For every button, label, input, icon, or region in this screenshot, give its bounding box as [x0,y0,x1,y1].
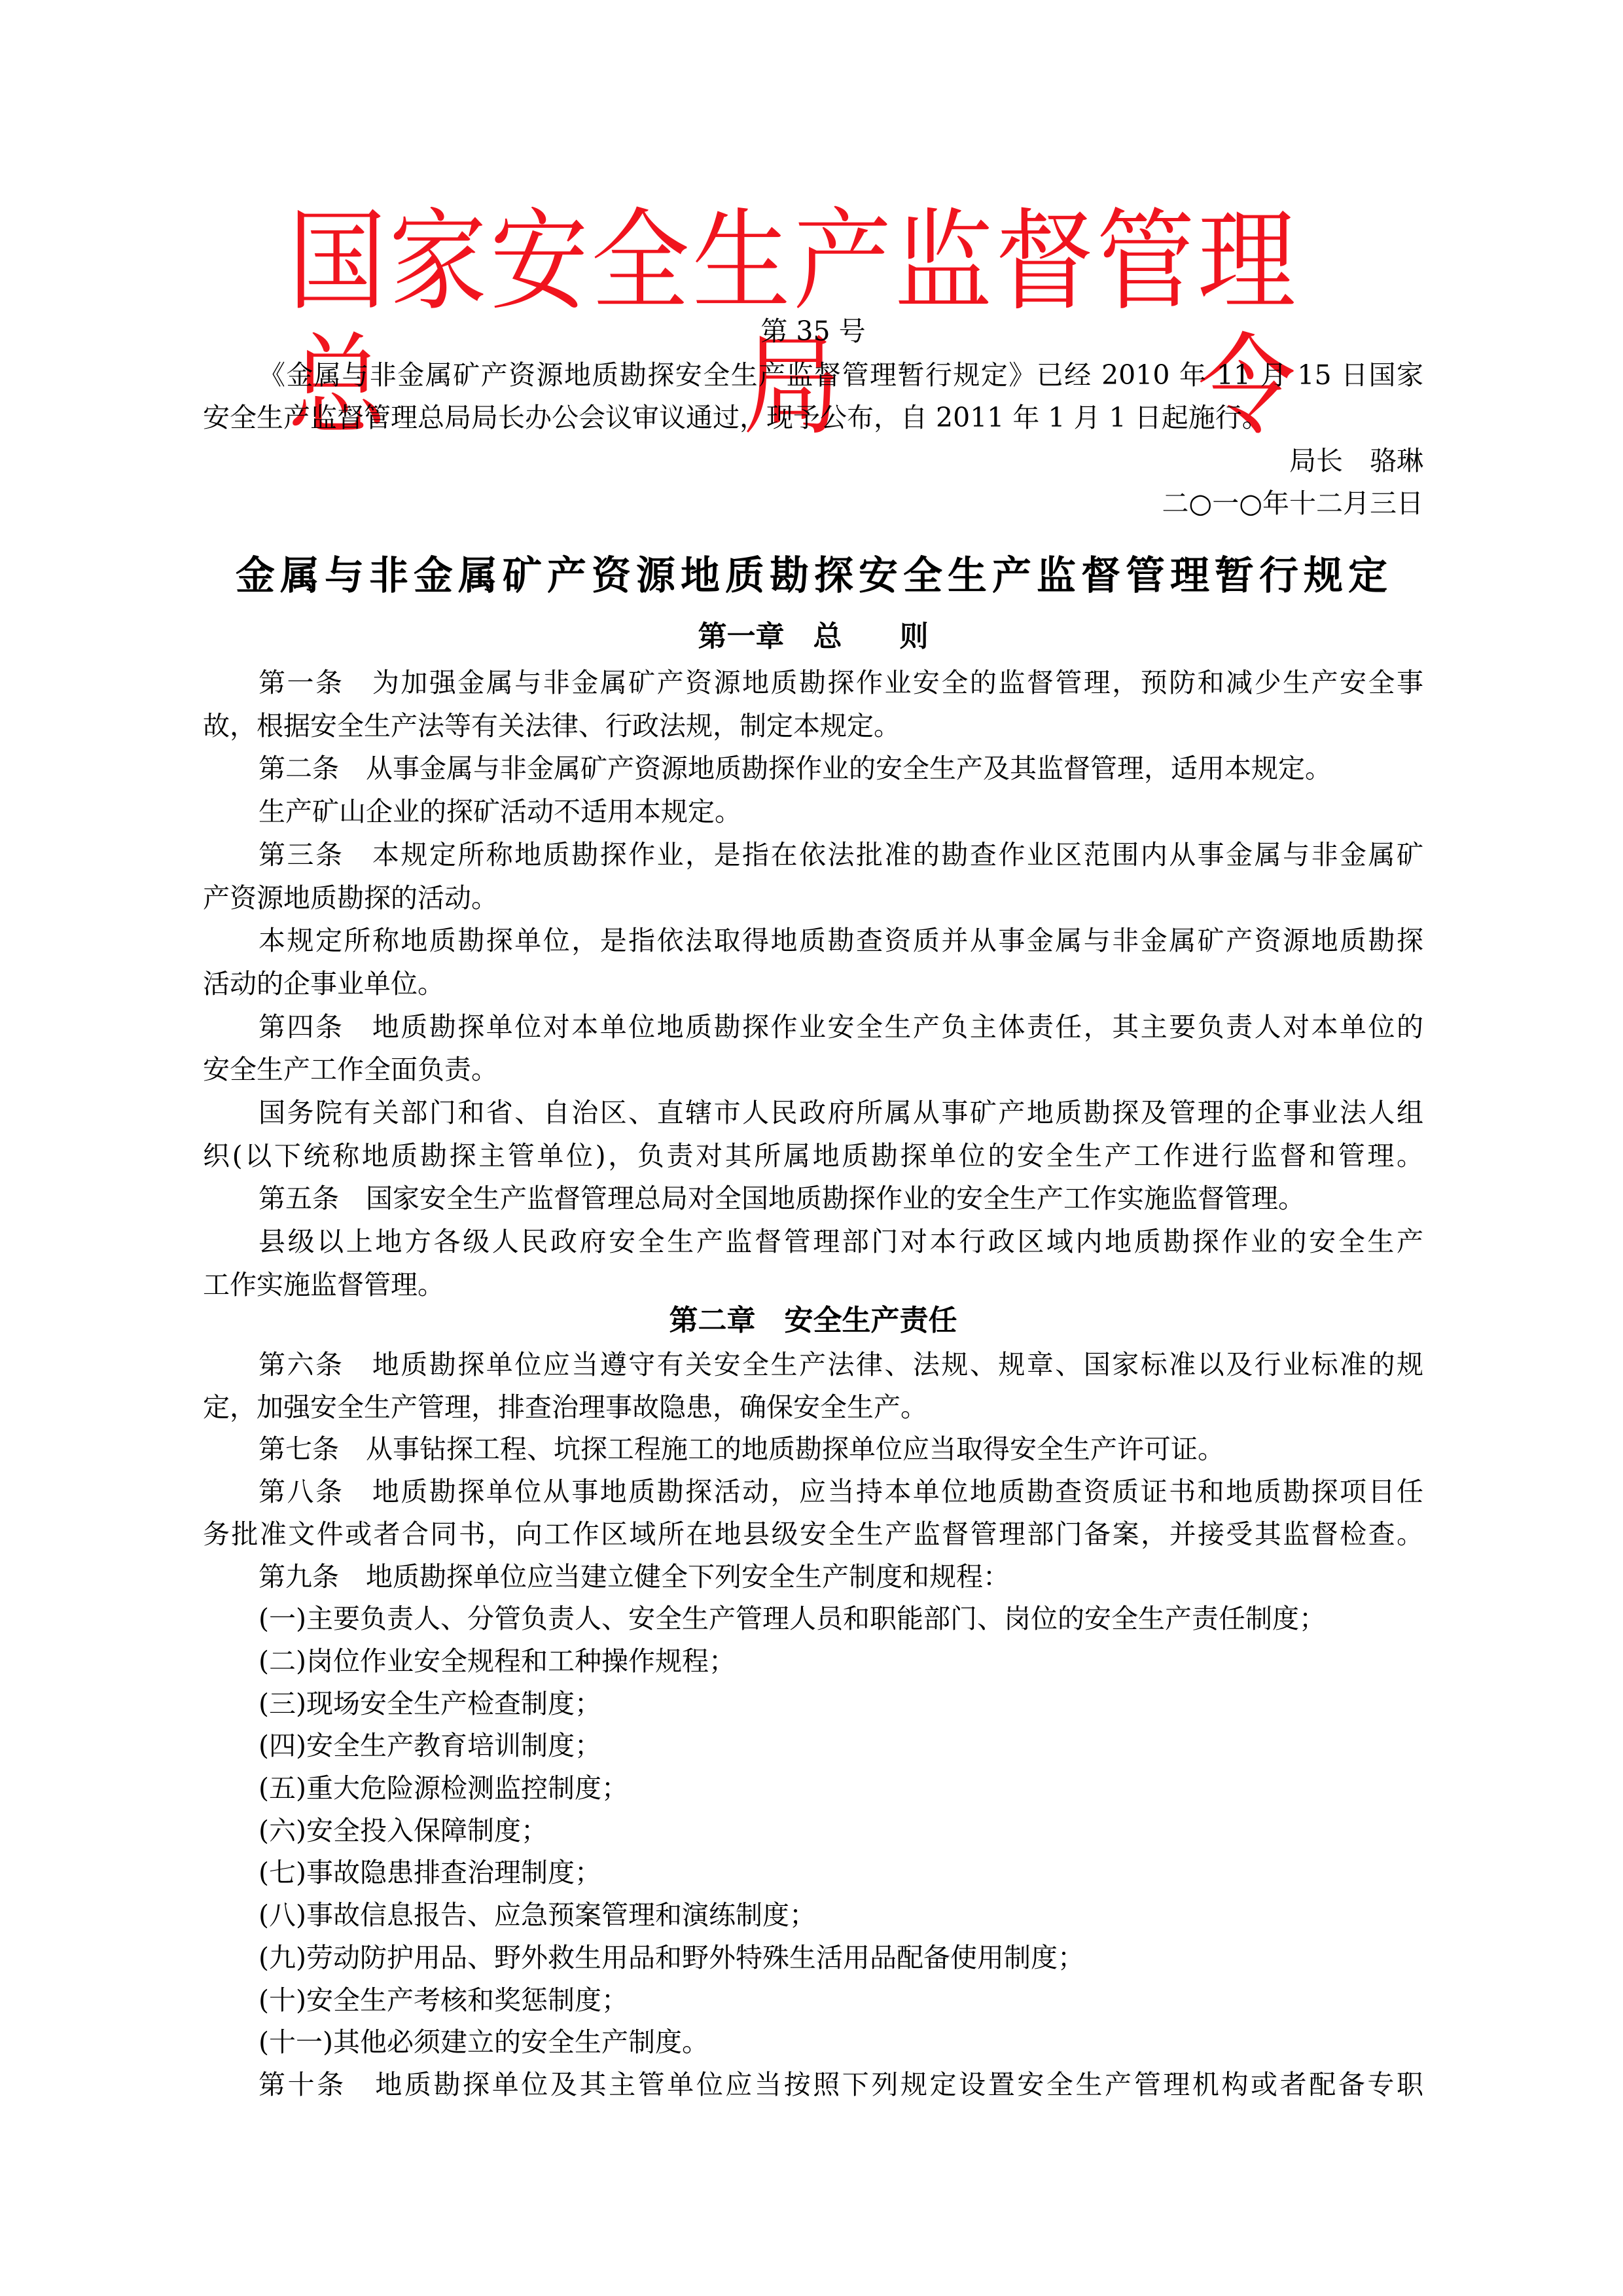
paragraph-line: 第七条 从事钻探工程、坑探工程施工的地质勘探单位应当取得安全生产许可证。 [259,1431,1423,1467]
paragraph-line: 生产矿山企业的探矿活动不适用本规定。 [259,793,1423,830]
list-item: (三)现场安全生产检查制度； [259,1685,1423,1722]
list-item: (七)事故隐患排查治理制度； [259,1854,1423,1891]
paragraph-line: 第十条 地质勘探单位及其主管单位应当按照下列规定设置安全生产管理机构或者配备专职 [259,2066,1423,2103]
signature: 局长 骆琳 [203,442,1423,479]
list-item: (五)重大危险源检测监控制度； [259,1770,1423,1806]
paragraph-line: 定，加强安全生产管理，排查治理事故隐患，确保安全生产。 [203,1389,1423,1426]
list-item: (二)岗位作业安全规程和工种操作规程； [259,1643,1423,1679]
paragraph-line: 第二条 从事金属与非金属矿产资源地质勘探作业的安全生产及其监督管理，适用本规定。 [259,750,1423,787]
promulgation-line: 《金属与非金属矿产资源地质勘探安全生产监督管理暂行规定》已经 2010 年 11… [259,357,1423,393]
paragraph-line: 第四条 地质勘探单位对本单位地质勘探作业安全生产负主体责任，其主要负责人对本单位… [259,1009,1423,1045]
paragraph-line: 产资源地质勘探的活动。 [203,880,1423,916]
issue-date: 二○一○年十二月三日 [203,485,1423,522]
paragraph-line: 第八条 地质勘探单位从事地质勘探活动，应当持本单位地质勘查资质证书和地质勘探项目… [259,1473,1423,1510]
paragraph-line: 第六条 地质勘探单位应当遵守有关安全生产法律、法规、规章、国家标准以及行业标准的… [259,1346,1423,1383]
list-item: (六)安全投入保障制度； [259,1812,1423,1849]
paragraph-line: 本规定所称地质勘探单位，是指依法取得地质勘查资质并从事金属与非金属矿产资源地质勘… [259,922,1423,959]
paragraph-line: 第一条 为加强金属与非金属矿产资源地质勘探作业安全的监督管理，预防和减少生产安全… [259,664,1423,701]
list-item: (一)主要负责人、分管负责人、安全生产管理人员和职能部门、岗位的安全生产责任制度… [259,1600,1423,1637]
promulgation-line: 安全生产监督管理总局局长办公会议审议通过，现予公布，自 2011 年 1 月 1… [203,399,1423,436]
order-number: 第 35 号 [203,313,1423,350]
list-item: (八)事故信息报告、应急预案管理和演练制度； [259,1897,1423,1933]
paragraph-line: 第五条 国家安全生产监督管理总局对全国地质勘探作业的安全生产工作实施监督管理。 [259,1180,1423,1217]
list-item: (十一)其他必须建立的安全生产制度。 [259,2024,1423,2060]
chapter-heading: 第一章 总 则 [203,619,1423,655]
paragraph-line: 工作实施监督管理。 [203,1266,1423,1303]
paragraph-line: 务批准文件或者合同书，向工作区域所在地县级安全生产监督管理部门备案，并接受其监督… [203,1516,1423,1552]
paragraph-line: 国务院有关部门和省、自治区、直辖市人民政府所属从事矿产地质勘探及管理的企事业法人… [259,1094,1423,1131]
order-title: 国家安全生产监督管理总局令 [288,200,1296,324]
paragraph-line: 织(以下统称地质勘探主管单位)，负责对其所属地质勘探单位的安全生产工作进行监督和… [203,1138,1423,1174]
list-item: (十)安全生产考核和奖惩制度； [259,1982,1423,2018]
paragraph-line: 安全生产工作全面负责。 [203,1051,1423,1088]
paragraph-line: 活动的企事业单位。 [203,965,1423,1002]
document-title: 金属与非金属矿产资源地质勘探安全生产监督管理暂行规定 [236,550,1387,602]
paragraph-line: 故，根据安全生产法等有关法律、行政法规，制定本规定。 [203,708,1423,744]
list-item: (四)安全生产教育培训制度； [259,1727,1423,1764]
chapter-heading: 第二章 安全生产责任 [203,1302,1423,1339]
paragraph-line: 第三条 本规定所称地质勘探作业，是指在依法批准的勘查作业区范围内从事金属与非金属… [259,836,1423,873]
paragraph-line: 县级以上地方各级人民政府安全生产监督管理部门对本行政区域内地质勘探作业的安全生产 [259,1223,1423,1260]
list-item: (九)劳动防护用品、野外救生用品和野外特殊生活用品配备使用制度； [259,1939,1423,1976]
paragraph-line: 第九条 地质勘探单位应当建立健全下列安全生产制度和规程： [259,1558,1423,1595]
